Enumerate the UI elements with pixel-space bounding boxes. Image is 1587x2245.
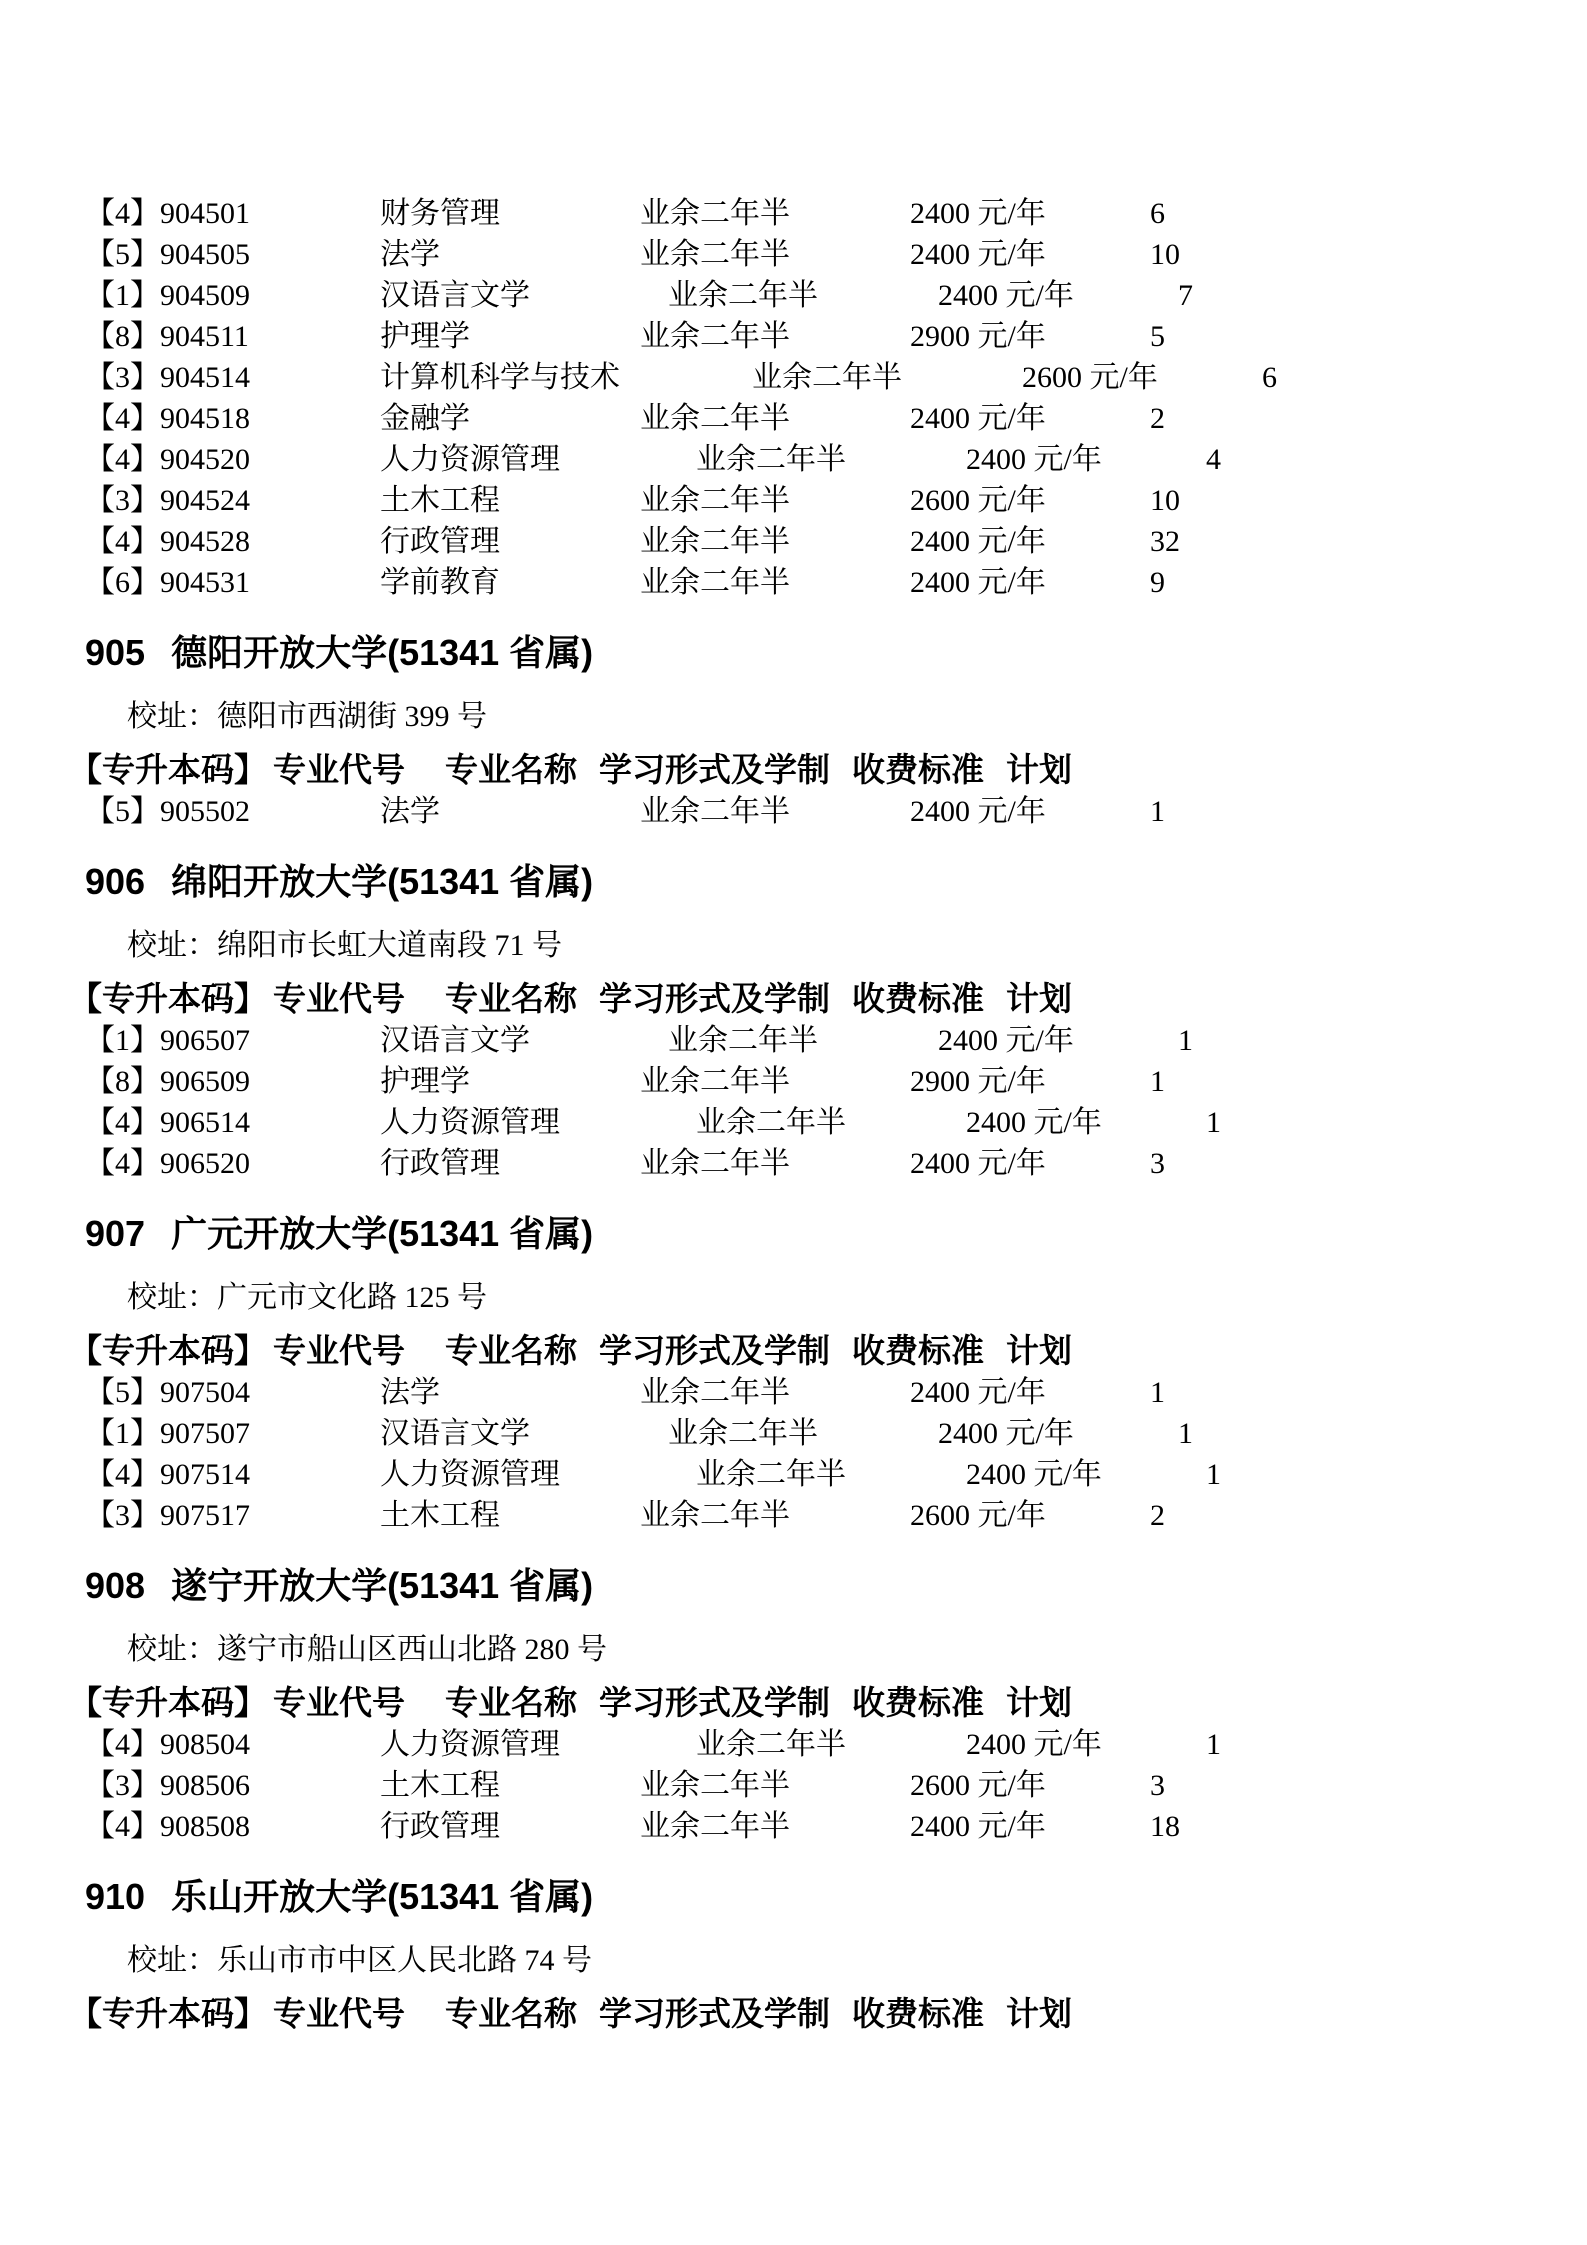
quota-code: 【4】 [85,398,160,439]
quota-code: 【4】 [85,1724,160,1765]
study-form: 业余二年半 [640,521,910,562]
fee-standard: 2400 元/年 [966,1454,1206,1495]
header-fee-standard: 收费标准 [852,749,984,791]
section-code: 906 [85,860,145,904]
header-fee-standard: 收费标准 [852,1330,984,1372]
section-code: 907 [85,1212,145,1256]
address-label: 校址： [127,929,217,962]
study-form: 业余二年半 [640,1061,910,1102]
program-row: 【4】904501财务管理业余二年半2400 元/年6 [85,193,1587,234]
quota-code: 【4】 [85,1806,160,1847]
quota-code: 【3】 [85,1495,160,1536]
fee-standard: 2400 元/年 [910,562,1150,603]
header-major-code: 专业代号 [273,1330,405,1372]
program-row: 【4】908504人力资源管理业余二年半2400 元/年1 [85,1724,1587,1765]
program-row: 【8】906509护理学业余二年半2900 元/年1 [85,1061,1587,1102]
quota-code: 【4】 [85,1143,160,1184]
section-name: 遂宁开放大学(51341 省属) [171,1565,593,1606]
major-code: 906520 [160,1143,250,1184]
major-code: 904531 [160,562,250,603]
plan-count: 2 [1150,398,1165,439]
major-name: 人力资源管理 [380,439,640,480]
address-line: 校址：遂宁市船山区西山北路 280 号 [85,1630,1587,1670]
header-plan: 计划 [1006,978,1072,1020]
major-code: 906514 [160,1102,250,1143]
quota-code: 【5】 [85,234,160,275]
plan-count: 5 [1150,316,1165,357]
address-text: 广元市文化路 125 号 [217,1281,487,1314]
quota-code: 【4】 [85,439,160,480]
major-code: 904501 [160,193,250,234]
major-name: 计算机科学与技术 [380,357,640,398]
quota-code: 【4】 [85,1102,160,1143]
major-code: 904509 [160,275,250,316]
address-text: 遂宁市船山区西山北路 280 号 [217,1633,607,1666]
fee-standard: 2400 元/年 [910,1806,1150,1847]
section-code: 908 [85,1564,145,1608]
program-code-cell: 【4】904528 [85,521,380,562]
fee-standard: 2400 元/年 [910,398,1150,439]
fee-standard: 2400 元/年 [938,275,1178,316]
program-code-cell: 【4】907514 [85,1454,380,1495]
plan-count: 18 [1150,1806,1180,1847]
program-code-cell: 【3】907517 [85,1495,380,1536]
major-code: 908508 [160,1806,250,1847]
quota-code: 【5】 [85,1372,160,1413]
university-section: 907广元开放大学(51341 省属)校址：广元市文化路 125 号【专升本码】… [85,1212,1587,1536]
study-form: 业余二年半 [640,1372,910,1413]
study-form: 业余二年半 [640,791,910,832]
major-name: 护理学 [380,1061,640,1102]
plan-count: 1 [1150,791,1165,832]
major-code: 906507 [160,1020,250,1061]
section-name: 德阳开放大学(51341 省属) [171,632,593,673]
table-header: 【专升本码】专业代号专业名称学习形式及学制收费标准计划 [69,1682,1587,1724]
study-form: 业余二年半 [640,398,910,439]
fee-standard: 2600 元/年 [1022,357,1262,398]
major-code: 908506 [160,1765,250,1806]
table-header: 【专升本码】专业代号专业名称学习形式及学制收费标准计划 [69,1993,1587,2035]
plan-count: 10 [1150,234,1180,275]
plan-count: 1 [1178,1413,1193,1454]
program-row: 【5】904505法学业余二年半2400 元/年10 [85,234,1587,275]
fee-standard: 2600 元/年 [910,480,1150,521]
major-code: 907514 [160,1454,250,1495]
header-fee-standard: 收费标准 [852,978,984,1020]
major-code: 904514 [160,357,250,398]
program-code-cell: 【4】906520 [85,1143,380,1184]
program-code-cell: 【6】904531 [85,562,380,603]
plan-count: 4 [1206,439,1221,480]
major-name: 学前教育 [380,562,640,603]
plan-count: 1 [1178,1020,1193,1061]
program-code-cell: 【5】905502 [85,791,380,832]
header-major-name: 专业名称 [445,978,577,1020]
header-fee-standard: 收费标准 [852,1993,984,2035]
major-code: 904524 [160,480,250,521]
header-study-form: 学习形式及学制 [599,749,830,791]
plan-count: 3 [1150,1143,1165,1184]
study-form: 业余二年半 [668,1020,938,1061]
section-name: 广元开放大学(51341 省属) [171,1213,593,1254]
header-quota-code: 【专升本码】 [69,978,267,1020]
address-label: 校址： [127,1281,217,1314]
section-title: 906绵阳开放大学(51341 省属) [85,860,1587,904]
program-row: 【3】907517土木工程业余二年半2600 元/年2 [85,1495,1587,1536]
major-name: 土木工程 [380,1495,640,1536]
plan-count: 6 [1262,357,1277,398]
header-major-code: 专业代号 [273,1682,405,1724]
plan-count: 1 [1150,1372,1165,1413]
program-code-cell: 【1】906507 [85,1020,380,1061]
quota-code: 【1】 [85,1020,160,1061]
header-study-form: 学习形式及学制 [599,1993,830,2035]
header-major-code: 专业代号 [273,1993,405,2035]
program-row: 【4】906514人力资源管理业余二年半2400 元/年1 [85,1102,1587,1143]
section-title: 907广元开放大学(51341 省属) [85,1212,1587,1256]
study-form: 业余二年半 [668,1413,938,1454]
admission-plan-page: 【4】904501财务管理业余二年半2400 元/年6【5】904505法学业余… [0,0,1587,2245]
program-code-cell: 【3】908506 [85,1765,380,1806]
section-title: 908遂宁开放大学(51341 省属) [85,1564,1587,1608]
study-form: 业余二年半 [640,316,910,357]
major-name: 人力资源管理 [380,1724,640,1765]
major-name: 行政管理 [380,1143,640,1184]
major-name: 财务管理 [380,193,640,234]
study-form: 业余二年半 [640,1143,910,1184]
study-form: 业余二年半 [752,357,1022,398]
program-row: 【4】906520行政管理业余二年半2400 元/年3 [85,1143,1587,1184]
table-header: 【专升本码】专业代号专业名称学习形式及学制收费标准计划 [69,978,1587,1020]
address-text: 绵阳市长虹大道南段 71 号 [217,929,562,962]
plan-count: 9 [1150,562,1165,603]
address-text: 德阳市西湖街 399 号 [217,700,487,733]
header-plan: 计划 [1006,749,1072,791]
major-code: 904528 [160,521,250,562]
quota-code: 【1】 [85,1413,160,1454]
university-sections: 905德阳开放大学(51341 省属)校址：德阳市西湖街 399 号【专升本码】… [85,631,1587,2035]
quota-code: 【1】 [85,275,160,316]
table-header: 【专升本码】专业代号专业名称学习形式及学制收费标准计划 [69,749,1587,791]
section-name: 乐山开放大学(51341 省属) [171,1876,593,1917]
quota-code: 【4】 [85,193,160,234]
major-name: 行政管理 [380,521,640,562]
major-name: 土木工程 [380,480,640,521]
section-name: 绵阳开放大学(51341 省属) [171,861,593,902]
major-code: 904505 [160,234,250,275]
program-row: 【4】908508行政管理业余二年半2400 元/年18 [85,1806,1587,1847]
plan-count: 1 [1150,1061,1165,1102]
table-header: 【专升本码】专业代号专业名称学习形式及学制收费标准计划 [69,1330,1587,1372]
quota-code: 【6】 [85,562,160,603]
fee-standard: 2400 元/年 [938,1020,1178,1061]
header-major-code: 专业代号 [273,749,405,791]
address-line: 校址：乐山市市中区人民北路 74 号 [85,1941,1587,1981]
fee-standard: 2600 元/年 [910,1765,1150,1806]
study-form: 业余二年半 [696,1724,966,1765]
section-title: 905德阳开放大学(51341 省属) [85,631,1587,675]
program-row: 【1】906507汉语言文学业余二年半2400 元/年1 [85,1020,1587,1061]
program-row: 【3】908506土木工程业余二年半2600 元/年3 [85,1765,1587,1806]
program-code-cell: 【5】904505 [85,234,380,275]
header-study-form: 学习形式及学制 [599,1682,830,1724]
address-label: 校址： [127,1633,217,1666]
header-fee-standard: 收费标准 [852,1682,984,1724]
section-title: 910乐山开放大学(51341 省属) [85,1875,1587,1919]
program-code-cell: 【4】908504 [85,1724,380,1765]
university-section: 910乐山开放大学(51341 省属)校址：乐山市市中区人民北路 74 号【专升… [85,1875,1587,2035]
program-code-cell: 【1】907507 [85,1413,380,1454]
study-form: 业余二年半 [696,439,966,480]
study-form: 业余二年半 [640,1806,910,1847]
fee-standard: 2400 元/年 [910,193,1150,234]
major-name: 法学 [380,1372,640,1413]
header-major-name: 专业名称 [445,749,577,791]
university-section: 908遂宁开放大学(51341 省属)校址：遂宁市船山区西山北路 280 号【专… [85,1564,1587,1847]
major-name: 行政管理 [380,1806,640,1847]
plan-count: 32 [1150,521,1180,562]
study-form: 业余二年半 [640,480,910,521]
major-name: 法学 [380,791,640,832]
program-row: 【5】907504法学业余二年半2400 元/年1 [85,1372,1587,1413]
address-line: 校址：德阳市西湖街 399 号 [85,697,1587,737]
study-form: 业余二年半 [640,1495,910,1536]
fee-standard: 2900 元/年 [910,1061,1150,1102]
header-quota-code: 【专升本码】 [69,1993,267,2035]
address-line: 校址：绵阳市长虹大道南段 71 号 [85,926,1587,966]
major-code: 908504 [160,1724,250,1765]
major-name: 金融学 [380,398,640,439]
major-code: 906509 [160,1061,250,1102]
fee-standard: 2400 元/年 [938,1413,1178,1454]
plan-count: 3 [1150,1765,1165,1806]
plan-count: 1 [1206,1102,1221,1143]
quota-code: 【3】 [85,480,160,521]
fee-standard: 2400 元/年 [966,1102,1206,1143]
major-code: 907517 [160,1495,250,1536]
major-code: 907507 [160,1413,250,1454]
fee-standard: 2400 元/年 [910,1372,1150,1413]
major-name: 土木工程 [380,1765,640,1806]
major-code: 904520 [160,439,250,480]
quota-code: 【4】 [85,1454,160,1495]
major-code: 904518 [160,398,250,439]
study-form: 业余二年半 [640,1765,910,1806]
address-text: 乐山市市中区人民北路 74 号 [217,1944,592,1977]
study-form: 业余二年半 [696,1454,966,1495]
quota-code: 【5】 [85,791,160,832]
program-row: 【1】907507汉语言文学业余二年半2400 元/年1 [85,1413,1587,1454]
program-code-cell: 【3】904514 [85,357,380,398]
quota-code: 【4】 [85,521,160,562]
section-code: 910 [85,1875,145,1919]
study-form: 业余二年半 [640,234,910,275]
fee-standard: 2900 元/年 [910,316,1150,357]
header-study-form: 学习形式及学制 [599,978,830,1020]
major-code: 904511 [160,316,249,357]
fee-standard: 2600 元/年 [910,1495,1150,1536]
address-label: 校址： [127,700,217,733]
program-row: 【4】904520人力资源管理业余二年半2400 元/年4 [85,439,1587,480]
study-form: 业余二年半 [640,193,910,234]
address-label: 校址： [127,1944,217,1977]
major-name: 汉语言文学 [380,275,640,316]
fee-standard: 2400 元/年 [966,439,1206,480]
program-code-cell: 【4】908508 [85,1806,380,1847]
program-code-cell: 【1】904509 [85,275,380,316]
address-line: 校址：广元市文化路 125 号 [85,1278,1587,1318]
fee-standard: 2400 元/年 [910,234,1150,275]
university-section: 905德阳开放大学(51341 省属)校址：德阳市西湖街 399 号【专升本码】… [85,631,1587,832]
program-row: 【8】904511护理学业余二年半2900 元/年5 [85,316,1587,357]
study-form: 业余二年半 [640,562,910,603]
program-row: 【3】904514计算机科学与技术业余二年半2600 元/年6 [85,357,1587,398]
header-major-code: 专业代号 [273,978,405,1020]
fee-standard: 2400 元/年 [966,1724,1206,1765]
quota-code: 【3】 [85,357,160,398]
header-quota-code: 【专升本码】 [69,1682,267,1724]
major-name: 汉语言文学 [380,1413,640,1454]
quota-code: 【8】 [85,1061,160,1102]
program-code-cell: 【4】904520 [85,439,380,480]
fee-standard: 2400 元/年 [910,791,1150,832]
header-quota-code: 【专升本码】 [69,1330,267,1372]
major-code: 905502 [160,791,250,832]
university-section: 906绵阳开放大学(51341 省属)校址：绵阳市长虹大道南段 71 号【专升本… [85,860,1587,1184]
quota-code: 【8】 [85,316,160,357]
program-code-cell: 【4】906514 [85,1102,380,1143]
plan-count: 1 [1206,1454,1221,1495]
program-row: 【1】904509汉语言文学业余二年半2400 元/年7 [85,275,1587,316]
fee-standard: 2400 元/年 [910,1143,1150,1184]
major-name: 汉语言文学 [380,1020,640,1061]
header-study-form: 学习形式及学制 [599,1330,830,1372]
header-major-name: 专业名称 [445,1682,577,1724]
header-plan: 计划 [1006,1993,1072,2035]
program-code-cell: 【3】904524 [85,480,380,521]
plan-count: 1 [1206,1724,1221,1765]
header-major-name: 专业名称 [445,1993,577,2035]
program-code-cell: 【5】907504 [85,1372,380,1413]
plan-count: 7 [1178,275,1193,316]
header-plan: 计划 [1006,1330,1072,1372]
program-row: 【6】904531学前教育业余二年半2400 元/年9 [85,562,1587,603]
program-row: 【4】904528行政管理业余二年半2400 元/年32 [85,521,1587,562]
header-major-name: 专业名称 [445,1330,577,1372]
program-row: 【4】904518金融学业余二年半2400 元/年2 [85,398,1587,439]
program-code-cell: 【8】906509 [85,1061,380,1102]
program-row: 【3】904524土木工程业余二年半2600 元/年10 [85,480,1587,521]
program-code-cell: 【8】904511 [85,316,380,357]
program-code-cell: 【4】904518 [85,398,380,439]
fee-standard: 2400 元/年 [910,521,1150,562]
plan-count: 6 [1150,193,1165,234]
major-name: 法学 [380,234,640,275]
major-code: 907504 [160,1372,250,1413]
study-form: 业余二年半 [696,1102,966,1143]
plan-count: 10 [1150,480,1180,521]
header-quota-code: 【专升本码】 [69,749,267,791]
section-code: 905 [85,631,145,675]
plan-count: 2 [1150,1495,1165,1536]
study-form: 业余二年半 [668,275,938,316]
carryover-program-rows: 【4】904501财务管理业余二年半2400 元/年6【5】904505法学业余… [85,193,1587,603]
major-name: 人力资源管理 [380,1454,640,1495]
program-row: 【4】907514人力资源管理业余二年半2400 元/年1 [85,1454,1587,1495]
program-row: 【5】905502法学业余二年半2400 元/年1 [85,791,1587,832]
quota-code: 【3】 [85,1765,160,1806]
program-code-cell: 【4】904501 [85,193,380,234]
major-name: 人力资源管理 [380,1102,640,1143]
header-plan: 计划 [1006,1682,1072,1724]
major-name: 护理学 [380,316,640,357]
